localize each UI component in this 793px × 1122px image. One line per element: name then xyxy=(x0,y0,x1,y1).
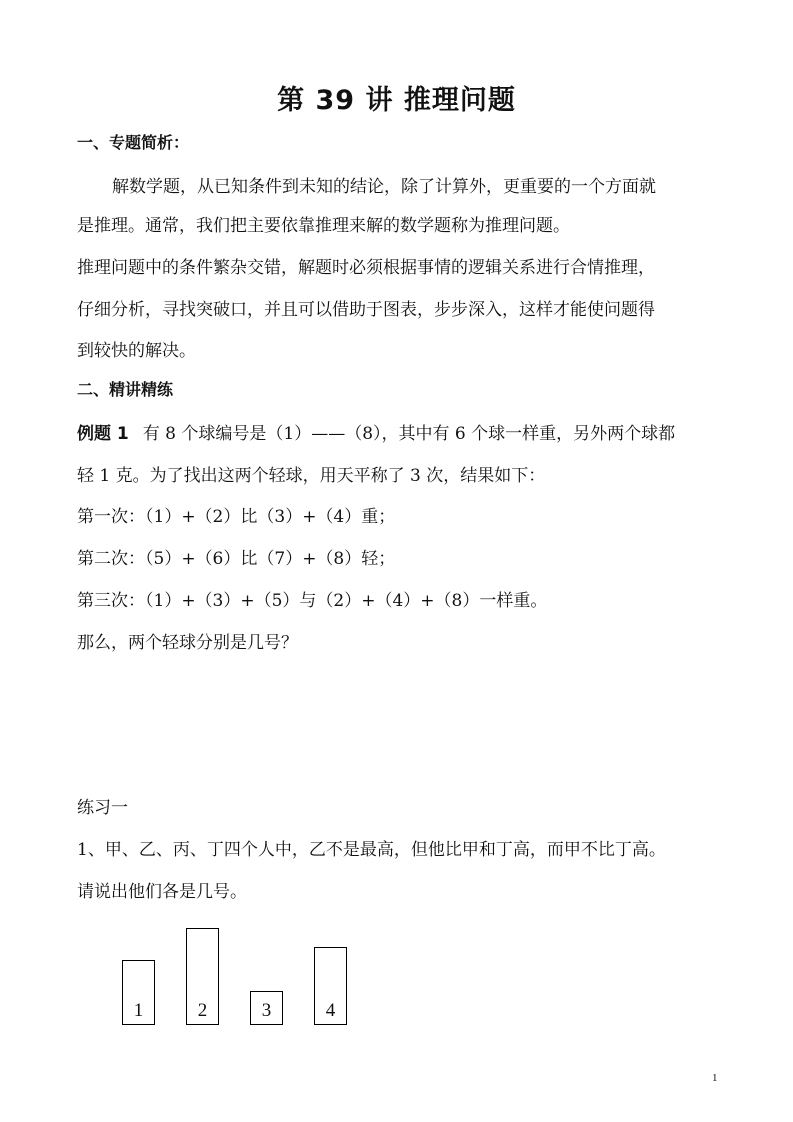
page-number: 1 xyxy=(712,1072,718,1084)
section-heading-analysis: 一、专题简析： xyxy=(77,130,189,153)
weighing-3: 第三次：（1）+（3）+（5）与（2）+（4）+（8）一样重。 xyxy=(77,586,547,611)
box-label: 1 xyxy=(123,1000,154,1022)
example-question: 那么，两个轻球分别是几号？ xyxy=(77,628,298,653)
person-box-2: 2 xyxy=(186,928,219,1025)
paragraph-line: 是推理。通常，我们把主要依靠推理来解的数学题称为推理问题。 xyxy=(77,211,570,236)
paragraph-line: 到较快的解决。 xyxy=(77,336,196,361)
person-box-1: 1 xyxy=(122,960,155,1025)
person-box-4: 4 xyxy=(314,947,347,1025)
paragraph-line: 解数学题，从已知条件到未知的结论，除了计算外，更重要的一个方面就 xyxy=(112,172,656,197)
box-label: 2 xyxy=(187,1000,218,1022)
paragraph-line: 推理问题中的条件繁杂交错，解题时必须根据事情的逻辑关系进行合情推理， xyxy=(77,253,655,278)
weighing-2: 第二次：（5）+（6）比（7）+（8）轻； xyxy=(77,544,395,569)
person-box-3: 3 xyxy=(250,991,283,1025)
exercise-heading: 练习一 xyxy=(77,793,128,818)
exercise-line: 请说出他们各是几号。 xyxy=(77,877,247,902)
example-text: 有 8 个球编号是（1）——（8），其中有 6 个球一样重，另外两个球都 xyxy=(143,424,675,444)
section-heading-practice: 二、精讲精练 xyxy=(77,377,173,400)
example-line: 例题 1有 8 个球编号是（1）——（8），其中有 6 个球一样重，另外两个球都 xyxy=(77,419,675,444)
example-line: 轻 1 克。为了找出这两个轻球，用天平称了 3 次，结果如下： xyxy=(77,461,545,486)
box-label: 4 xyxy=(315,1000,346,1022)
paragraph-line: 仔细分析，寻找突破口，并且可以借助于图表，步步深入，这样才能使问题得 xyxy=(77,295,655,320)
box-label: 3 xyxy=(251,1000,282,1022)
example-label: 例题 1 xyxy=(77,424,129,444)
exercise-line: 1、甲、乙、丙、丁四个人中，乙不是最高，但他比甲和丁高，而甲不比丁高。 xyxy=(77,835,666,860)
weighing-1: 第一次：（1）+（2）比（3）+（4）重； xyxy=(77,502,395,527)
page-title: 第 39 讲 推理问题 xyxy=(0,78,793,117)
